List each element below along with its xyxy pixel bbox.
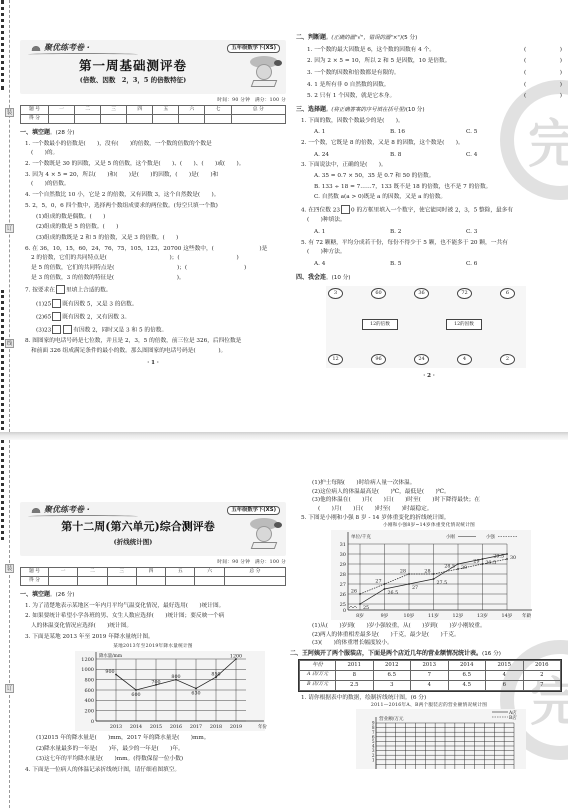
question-text: 3. 一个数的因数和倍数都是有限的。 <box>307 70 400 78</box>
svg-text:200: 200 <box>84 708 94 714</box>
svg-text:降水量/mm: 降水量/mm <box>99 652 123 659</box>
score-cell[interactable] <box>75 115 101 124</box>
option-c[interactable]: C. 6 <box>466 261 542 269</box>
score-cell[interactable] <box>153 115 179 124</box>
binding-label: 订 <box>5 224 14 233</box>
svg-text:年龄: 年龄 <box>522 612 532 619</box>
score-cell[interactable] <box>107 577 136 586</box>
svg-text:0: 0 <box>343 607 346 613</box>
table-header-cell: 2016 <box>523 660 561 670</box>
question-6-cont: 是 3 的倍数，3 的倍数的特征是( )。 <box>20 275 286 283</box>
paren-close: ) <box>560 70 562 78</box>
judge-item-3: 3. 一个数的因数和倍数都是有限的。() <box>296 70 562 78</box>
answer-box[interactable] <box>52 299 61 308</box>
right-page: 二、判断题。(正确的画"√"，错误的画"×")(5 分) 1. 一个数的最大因数… <box>296 34 562 381</box>
score-cell[interactable] <box>179 115 205 124</box>
question-text: 2. 因为 2 × 5 = 10，所以 2 和 5 是因数，10 是倍数。 <box>307 58 450 66</box>
brand-name: 聚优练考卷 <box>44 43 84 52</box>
answer-box[interactable] <box>341 205 350 214</box>
svg-text:600: 600 <box>84 687 94 693</box>
svg-text:30: 30 <box>340 551 346 557</box>
choice-q5: 5. 有 72 颗糖，平均分成若干份，每份不得少于 5 颗，也不能多于 20 颗… <box>296 240 562 248</box>
question-5-3: (3)( )的体重增长幅度较小。 <box>296 640 562 648</box>
row-label: A 店/万元 <box>300 670 336 680</box>
answer-box[interactable] <box>52 312 61 321</box>
right-page: (1)护士每隔( )时给病人量一次体温。 (2)这位病人的体温最高是( )℃，最… <box>296 480 562 773</box>
score-header-cell: 三 <box>101 106 127 115</box>
svg-text:8岁: 8岁 <box>356 612 364 619</box>
section-heading: 二、判断题 <box>296 34 326 41</box>
mascot-illustration <box>248 518 282 552</box>
svg-text:1200: 1200 <box>230 653 242 659</box>
paren-open: ( <box>524 93 526 101</box>
paren-open: ( <box>524 82 526 90</box>
svg-text:28: 28 <box>340 571 346 577</box>
choice-q5-cont: ( )种方法。 <box>296 249 562 257</box>
svg-text:630: 630 <box>191 690 200 696</box>
chart-background <box>331 530 531 620</box>
svg-text:800: 800 <box>171 674 180 680</box>
question-7: 7. 按要求在里填上合适的数。 <box>20 285 286 295</box>
question-4-3: (3)他的体温在( )月( )日( )时至( )时下降得最快；在 <box>296 497 562 505</box>
choice-q1: 1. 下面的数，因数个数最少的是( )。 <box>296 118 562 126</box>
table-cell: 4 <box>486 670 524 680</box>
question-5-1: (1)从( )岁到( )岁小强较重，从( )岁到( )岁小刚较重。 <box>296 623 562 631</box>
question-3-2: (2)降水量最多的一年是( )年，最少的一年是( )年。 <box>20 746 286 754</box>
answer-paren[interactable]: () <box>524 82 562 90</box>
question-4-3-cont: ( )月( )日( )时至( )时最稳定。 <box>296 506 562 514</box>
score-header-cell: 五 <box>153 106 179 115</box>
question-text: 里填上合适的数。 <box>66 288 112 294</box>
number-circle[interactable]: 3 <box>328 288 343 299</box>
rainfall-line-chart: 020040060080010001200降水量/mm年份20132014201… <box>20 651 286 731</box>
score-header-cell: 六 <box>195 568 224 577</box>
svg-text:14岁: 14岁 <box>502 612 513 619</box>
number-circle[interactable]: 36 <box>414 288 429 299</box>
score-header-cell: 二 <box>75 106 101 115</box>
svg-text:25: 25 <box>363 605 369 611</box>
score-cell[interactable] <box>231 115 285 124</box>
number-circle[interactable]: 2 <box>500 354 515 365</box>
question-4: 4. 一个自然数比 10 小，它是 2 的倍数，又有因数 3，这个自然数是( )… <box>20 192 286 200</box>
score-cell[interactable] <box>127 115 153 124</box>
paren-open: ( <box>524 58 526 66</box>
table-cell: 7 <box>411 670 449 680</box>
binding-label: 订 <box>5 684 14 693</box>
question-8: 8. 图图家的电话号码是七位数，并且是 2，3，5 的倍数，前三位是 326，后… <box>20 338 286 346</box>
score-header-cell: 总 分 <box>224 568 285 577</box>
svg-text:13岁: 13岁 <box>477 612 488 619</box>
binding-line <box>9 440 10 808</box>
svg-text:29: 29 <box>340 561 346 567</box>
time-score-info: 时间：90 分钟 满分：100 分 <box>20 560 286 566</box>
judge-item-1: 1. 一个数的最大因数是 6，这个数的因数有 4 个。() <box>296 47 562 55</box>
svg-text:27.5: 27.5 <box>437 580 448 586</box>
question-5-1: (1)组成的数是偶数。( ) <box>20 214 286 222</box>
score-cell[interactable] <box>49 115 75 124</box>
svg-text:2019: 2019 <box>230 724 242 730</box>
globe-icon <box>30 43 42 51</box>
svg-text:26.5: 26.5 <box>388 590 399 596</box>
question-3-cont: ( )的倍数。 <box>20 181 286 189</box>
factors-of-12-box[interactable]: 12的因数 <box>446 319 482 330</box>
svg-text:2014: 2014 <box>130 724 142 730</box>
page-number: · 1 · <box>20 360 286 367</box>
section-note: 。(将正确答案的序号填在括号里) <box>326 107 406 113</box>
score-header-cell: 一 <box>49 106 75 115</box>
svg-text:25: 25 <box>340 601 346 607</box>
number-circle[interactable]: 6 <box>500 288 515 299</box>
question-4-1: (1)护士每隔( )时给病人量一次体温。 <box>296 480 562 488</box>
question-7-2: (2)65既有因数 2，又有因数 3。 <box>20 312 286 322</box>
svg-text:2013: 2013 <box>110 724 122 730</box>
binding-line <box>9 0 10 432</box>
svg-text:28.5: 28.5 <box>444 563 455 569</box>
choice-q3-option-c[interactable]: C. 自然数 a(a > 0)既是 a 的因数，又是 a 的倍数。 <box>296 194 562 202</box>
question-3: 3. 下面是某地 2013 年至 2019 年降水量统计图。 <box>20 634 286 642</box>
answer-box[interactable] <box>56 285 65 294</box>
svg-text:29: 29 <box>473 558 479 564</box>
table-header-cell: 年份 <box>300 660 336 670</box>
svg-text:27: 27 <box>412 585 418 591</box>
question-8-cont: 和前面 326 组成满足条件的最小的数。那么图图家的电话号码是( )。 <box>20 348 286 356</box>
svg-text:27: 27 <box>340 581 346 587</box>
svg-text:850: 850 <box>211 671 220 677</box>
judge-item-4: 4. 1 是所有非 0 自然数的因数。() <box>296 82 562 90</box>
score-row-label: 得 分 <box>21 115 49 124</box>
option-c[interactable]: C. 5 <box>466 129 542 137</box>
svg-text:B店: B店 <box>509 714 517 721</box>
svg-text:小强: 小强 <box>486 533 495 540</box>
option-b[interactable]: B. 16 <box>390 129 466 137</box>
option-a[interactable]: A. 4 <box>314 261 390 269</box>
svg-text:800: 800 <box>84 677 94 683</box>
sales-table-wrap: 年份 2011 2012 2013 2014 2015 2016 A 店/万元 … <box>298 659 562 692</box>
score-cell[interactable] <box>101 115 127 124</box>
table-row: B 店/万元 2.5 3 4 4.5 6 7 <box>300 680 561 690</box>
grade-tag: 五年级数学下(XS) <box>227 506 280 515</box>
question-text: 1. 一个数的最大因数是 6，这个数的因数有 4 个。 <box>307 47 435 55</box>
svg-text:2017: 2017 <box>190 724 202 730</box>
number-circle[interactable]: 72 <box>457 288 472 299</box>
judge-item-5: 5. 2 只有 1 个因数，就是它本身。() <box>296 93 562 101</box>
left-page: 聚优练考卷 · 五年级数学下(XS) 第十二周(第六单元)综合测评卷 (折线统计… <box>20 502 286 775</box>
table-cell: 2 <box>523 670 561 680</box>
option-b[interactable]: B. 8 <box>390 152 466 160</box>
sales-question-1: 1. 请你根据表中的数据，绘制折线统计图。(6 分) <box>296 695 562 703</box>
svg-text:28: 28 <box>400 568 406 574</box>
svg-text:A店: A店 <box>508 709 517 716</box>
svg-text:26: 26 <box>340 591 346 597</box>
choice-q3: 3. 下面说法中，正确的是( )。 <box>296 162 562 170</box>
question-3: 3. 因为 4 × 5 = 20，所以( )和( )是( )的因数，( )是( … <box>20 172 286 180</box>
header-banner: 聚优练考卷 · 五年级数学下(XS) 第一周基础测评卷 (倍数、因数 2，3，5… <box>20 40 286 94</box>
choice-q2: 2. 一个数，它既是 8 的倍数，又是 8 的因数，这个数是( )。 <box>296 140 562 148</box>
svg-text:12岁: 12岁 <box>453 612 464 619</box>
left-page: 聚优练考卷 · 五年级数学下(XS) 第一周基础测评卷 (倍数、因数 2，3，5… <box>20 40 286 368</box>
page-subtitle: (倍数、因数 2，3，5 的倍数特征) <box>20 76 246 85</box>
sheet-separator <box>0 432 568 440</box>
svg-text:900: 900 <box>105 669 114 675</box>
option-a[interactable]: A. 24 <box>314 152 390 160</box>
number-circle[interactable]: 12 <box>328 354 343 365</box>
answer-box[interactable] <box>52 325 61 334</box>
choice-q4-cont: ( )种填法。 <box>296 217 562 225</box>
paren-close: ) <box>560 47 562 55</box>
question-6-cont: 2 的倍数，它们的共同特点是( )；( ) <box>20 255 286 263</box>
question-text: 7. 按要求在 <box>25 288 55 294</box>
question-text: 0 的方框里填入一个数字，使它能同时被 2，3，5 整除，最多有 <box>351 208 513 214</box>
svg-text:2018: 2018 <box>210 724 222 730</box>
section-matching: 四、我会连。(10 分) <box>296 274 562 283</box>
svg-text:9岁: 9岁 <box>381 612 389 619</box>
svg-text:29.5: 29.5 <box>493 553 504 559</box>
section-note: 。(正确的画"√"，错误的画"×") <box>326 35 402 41</box>
binding-label: 装 <box>5 564 14 573</box>
option-c[interactable]: C. 4 <box>466 152 542 160</box>
swoosh-decoration <box>28 53 138 56</box>
svg-text:26: 26 <box>351 588 357 594</box>
table-cell: 4 <box>411 680 449 690</box>
option-a[interactable]: A. 1 <box>314 229 390 237</box>
section-heading: 一、填空题 <box>20 591 50 598</box>
table-header-cell: 2014 <box>448 660 486 670</box>
time-score-info: 时间：90 分钟 满分：100 分 <box>20 98 286 104</box>
score-table: 题 号 一 二 三 四 五 六 七 总 分 得 分 <box>20 105 286 124</box>
question-4-2: (2)这位病人的体温最高是( )℃，最低是( )℃。 <box>296 489 562 497</box>
page-number: · 2 · <box>296 373 562 380</box>
section-true-false: 二、判断题。(正确的画"√"，错误的画"×")(5 分) <box>296 34 562 43</box>
question-5-3: (3)组成的数既是 2 和 5 的倍数，又是 3 的倍数。( ) <box>20 235 286 243</box>
choice-q4: 4. 在四位数 230 的方框里填入一个数字，使它能同时被 2，3，5 整除，最… <box>296 205 562 215</box>
table-header-cell: 2012 <box>373 660 411 670</box>
chart-background <box>75 651 265 731</box>
question-6-cont: 是 5 的倍数，它们的共同特点是( )；( ) <box>20 265 286 273</box>
score-cell[interactable] <box>224 577 285 586</box>
question-3-3: (3)这七年的平均降水量是( )mm。(得数保留一位小数) <box>20 756 286 764</box>
table-cell: 6.5 <box>448 670 486 680</box>
table-cell: 2.5 <box>336 680 374 690</box>
section-heading: 一、填空题 <box>20 129 50 136</box>
table-cell: 8 <box>336 670 374 680</box>
svg-text:1: 1 <box>372 758 375 763</box>
answer-paren[interactable]: () <box>524 47 562 55</box>
svg-text:营业额/万元: 营业额/万元 <box>379 715 404 722</box>
svg-text:700: 700 <box>151 679 160 685</box>
question-text: 5. 2 只有 1 个因数，就是它本身。 <box>307 93 395 101</box>
choice-q1-options: A. 1B. 16C. 5 <box>296 129 562 137</box>
choice-q5-options: A. 4B. 5C. 6 <box>296 261 562 269</box>
binding-marks <box>1 290 4 430</box>
multiples-of-12-box[interactable]: 12的倍数 <box>362 319 398 330</box>
svg-text:600: 600 <box>131 692 140 698</box>
number-circle[interactable]: 4 <box>457 354 472 365</box>
svg-text:年份: 年份 <box>258 723 267 730</box>
question-5: 5. 2，5，0，6 四个数中，选择两个数组成要求的两位数。(每空只填一个数) <box>20 203 286 211</box>
score-header-cell: 总 分 <box>231 106 285 115</box>
score-header-cell: 题 号 <box>21 568 49 577</box>
svg-text:1000: 1000 <box>81 667 94 673</box>
binding-marks <box>1 0 4 90</box>
score-header-cell: 五 <box>166 568 195 577</box>
score-cell[interactable] <box>49 577 78 586</box>
section-points: (5 分) <box>402 35 417 41</box>
score-header-cell: 四 <box>127 106 153 115</box>
choice-q3-option-a[interactable]: A. 35 = 0.7 × 50，35 是 0.7 和 50 的倍数。 <box>296 173 562 181</box>
score-cell[interactable] <box>136 577 165 586</box>
score-table: 题 号 一 二 三 四 五 六 总 分 得 分 <box>20 567 286 586</box>
choice-q2-options: A. 24B. 8C. 4 <box>296 152 562 160</box>
answer-paren[interactable]: () <box>524 58 562 66</box>
svg-text:2015: 2015 <box>150 724 162 730</box>
question-text: (3)23 <box>36 327 51 333</box>
question-3-1: (1)2015 年的降水量是( )mm，2017 年的降水量是( )mm。 <box>20 735 286 743</box>
question-text: (1)25 <box>36 301 51 307</box>
number-circle[interactable]: 96 <box>371 354 386 365</box>
page-title: 第一周基础测评卷 <box>20 58 246 75</box>
section-points: 。(28 分) <box>50 130 74 136</box>
score-header-cell: 题 号 <box>21 106 49 115</box>
score-header-cell: 三 <box>107 568 136 577</box>
page-subtitle: (折线统计图) <box>20 538 246 547</box>
choice-q4-options: A. 1B. 2C. 3 <box>296 229 562 237</box>
svg-text:30: 30 <box>510 555 516 561</box>
section-heading: 四、我会连 <box>296 274 326 281</box>
globe-icon <box>30 505 42 513</box>
number-circle[interactable]: 24 <box>414 354 429 365</box>
option-b[interactable]: B. 2 <box>390 229 466 237</box>
exam-sheet-week1: 装 订 线 聚优练考卷 · 五年级数学下(XS) 第一周基础测评卷 (倍数、因数… <box>0 0 568 432</box>
option-c[interactable]: C. 3 <box>466 229 542 237</box>
score-cell[interactable] <box>205 115 231 124</box>
matching-area: 3 60 36 72 6 12的倍数 12的因数 12 96 24 4 2 <box>326 286 526 368</box>
brand-name: 聚优练考卷 <box>44 505 84 514</box>
answer-paren[interactable]: () <box>524 70 562 78</box>
binding-label: 线 <box>5 339 14 348</box>
section-points: 。(26 分) <box>50 592 74 598</box>
question-text: 既有因数 5，又是 3 的倍数。 <box>62 301 137 307</box>
score-header-cell: 一 <box>49 568 78 577</box>
row-label: B 店/万元 <box>300 680 336 690</box>
score-cell[interactable] <box>166 577 195 586</box>
question-1-cont: ( )的。 <box>20 150 286 158</box>
question-4: 4. 下面是一位病人的体温记录折线统计图，请仔细看图填空。 <box>20 767 286 775</box>
question-text: 4. 1 是所有非 0 自然数的因数。 <box>307 82 389 90</box>
table-header-cell: 2015 <box>486 660 524 670</box>
exam-sheet-week12: 装 订 聚优练考卷 · 五年级数学下(XS) 第十二周(第六单元)综合测评卷 (… <box>0 440 568 808</box>
paren-open: ( <box>524 70 526 78</box>
svg-text:29.5: 29.5 <box>486 560 497 566</box>
section-points: (16 分) <box>482 651 501 657</box>
question-2-cont: 人的体温变化情况应选择( )统计图。 <box>20 623 286 631</box>
option-a[interactable]: A. 1 <box>314 129 390 137</box>
judge-item-2: 2. 因为 2 × 5 = 10，所以 2 和 5 是因数，10 是倍数。() <box>296 58 562 66</box>
svg-text:400: 400 <box>84 698 94 704</box>
svg-text:27: 27 <box>375 578 381 584</box>
number-circle[interactable]: 60 <box>371 288 386 299</box>
section-heading: 二、王阿姨开了两个服装店，下面是两个店近几年的营业额情况统计表。 <box>290 650 482 657</box>
question-text: 既有因数 2，又有因数 3。 <box>62 314 130 320</box>
svg-text:28: 28 <box>424 568 430 574</box>
score-row-label: 得 分 <box>21 577 49 586</box>
paren-close: ) <box>560 82 562 90</box>
score-header-cell: 四 <box>136 568 165 577</box>
page-title: 第十二周(第六单元)综合测评卷 <box>20 520 256 535</box>
svg-text:小刚: 小刚 <box>446 533 455 540</box>
score-header-cell: 六 <box>179 106 205 115</box>
table-header-cell: 2011 <box>336 660 374 670</box>
mascot-illustration <box>248 56 282 90</box>
section-choice: 三、选择题。(将正确答案的序号填在括号里)(10 分) <box>296 106 562 115</box>
question-6: 6. 在 36，10，15，60，24，76，75，105，123，20700 … <box>20 246 286 254</box>
answer-paren[interactable]: () <box>524 93 562 101</box>
swoosh-decoration <box>28 515 138 518</box>
header-banner: 聚优练考卷 · 五年级数学下(XS) 第十二周(第六单元)综合测评卷 (折线统计… <box>20 502 286 556</box>
section-fill-in: 一、填空题。(26 分) <box>20 591 286 600</box>
question-5-2: (2)组成的数是 5 的倍数。( ) <box>20 224 286 232</box>
table-cell: 4.5 <box>448 680 486 690</box>
question-5-2: (2)两人的体重相差最多是( )千克，最少是( )千克。 <box>296 632 562 640</box>
option-b[interactable]: B. 5 <box>390 261 466 269</box>
svg-text:1200: 1200 <box>81 656 94 662</box>
question-5: 5. 下图是小刚和小强 8 岁 - 14 岁体重变化的折线统计图。 <box>296 515 562 523</box>
svg-text:11岁: 11岁 <box>428 612 439 619</box>
paren-close: ) <box>560 93 562 101</box>
question-2: 2. 如果要统计希望小学各班的男、女生人数应选择( )统计图；要反映一个病 <box>20 613 286 621</box>
score-cell[interactable] <box>78 577 107 586</box>
blank-sales-chart-grid[interactable]: 营业额/万元A店B店987654321 <box>296 709 562 769</box>
question-1: 1. 为了清楚地表示某地区一年内月平均气温变化情况，最好选用( )统计图。 <box>20 603 286 611</box>
section-points: 。(10 分) <box>326 275 350 281</box>
question-7-3: (3)23有因数 2，同时又是 3 和 5 的倍数。 <box>20 325 286 335</box>
question-text: 有因数 2，同时又是 3 和 5 的倍数。 <box>73 327 167 333</box>
paren-close: ) <box>560 58 562 66</box>
svg-text:0: 0 <box>91 718 94 724</box>
section-fill-in: 一、填空题。(28 分) <box>20 129 286 138</box>
choice-q3-option-b[interactable]: B. 133 ÷ 18 = 7……7，133 既不是 18 的倍数，也不是 7 … <box>296 184 562 192</box>
paren-open: ( <box>524 47 526 55</box>
binding-marks <box>1 440 4 540</box>
question-text: (2)65 <box>36 314 51 320</box>
table-cell: 6 <box>486 680 524 690</box>
answer-box[interactable] <box>63 325 72 334</box>
question-7-1: (1)25既有因数 5，又是 3 的倍数。 <box>20 299 286 309</box>
score-cell[interactable] <box>195 577 224 586</box>
question-text: 4. 在四位数 23 <box>301 208 340 214</box>
table-cell: 3 <box>373 680 411 690</box>
question-2: 2. 一个数既是 30 的因数，又是 5 的倍数，这个数是( )、( )、( )… <box>20 161 286 169</box>
score-header-cell: 七 <box>205 106 231 115</box>
weight-line-chart: 025262728293031单位/千克8岁9岁10岁11岁12岁13岁14岁年… <box>296 530 562 620</box>
table-header-cell: 2013 <box>411 660 449 670</box>
svg-text:10岁: 10岁 <box>404 612 415 619</box>
section-heading: 三、选择题 <box>296 106 326 113</box>
table-cell: 7 <box>523 680 561 690</box>
sales-table: 年份 2011 2012 2013 2014 2015 2016 A 店/万元 … <box>299 660 561 691</box>
svg-text:2016: 2016 <box>170 724 182 730</box>
section-points: (10 分) <box>406 107 425 113</box>
section-sales: 二、王阿姨开了两个服装店，下面是两个店近几年的营业额情况统计表。(16 分) <box>290 650 562 659</box>
score-header-cell: 二 <box>78 568 107 577</box>
binding-label: 装 <box>5 108 14 117</box>
table-cell: 6.5 <box>373 670 411 680</box>
grade-tag: 五年级数学下(XS) <box>227 44 280 53</box>
svg-text:31: 31 <box>340 541 346 547</box>
svg-text:单位/千克: 单位/千克 <box>351 533 371 540</box>
question-1: 1. 一个数最小的倍数是( )，没有( )的倍数，一个数的倍数的个数是 <box>20 141 286 149</box>
table-row: A 店/万元 8 6.5 7 6.5 4 2 <box>300 670 561 680</box>
